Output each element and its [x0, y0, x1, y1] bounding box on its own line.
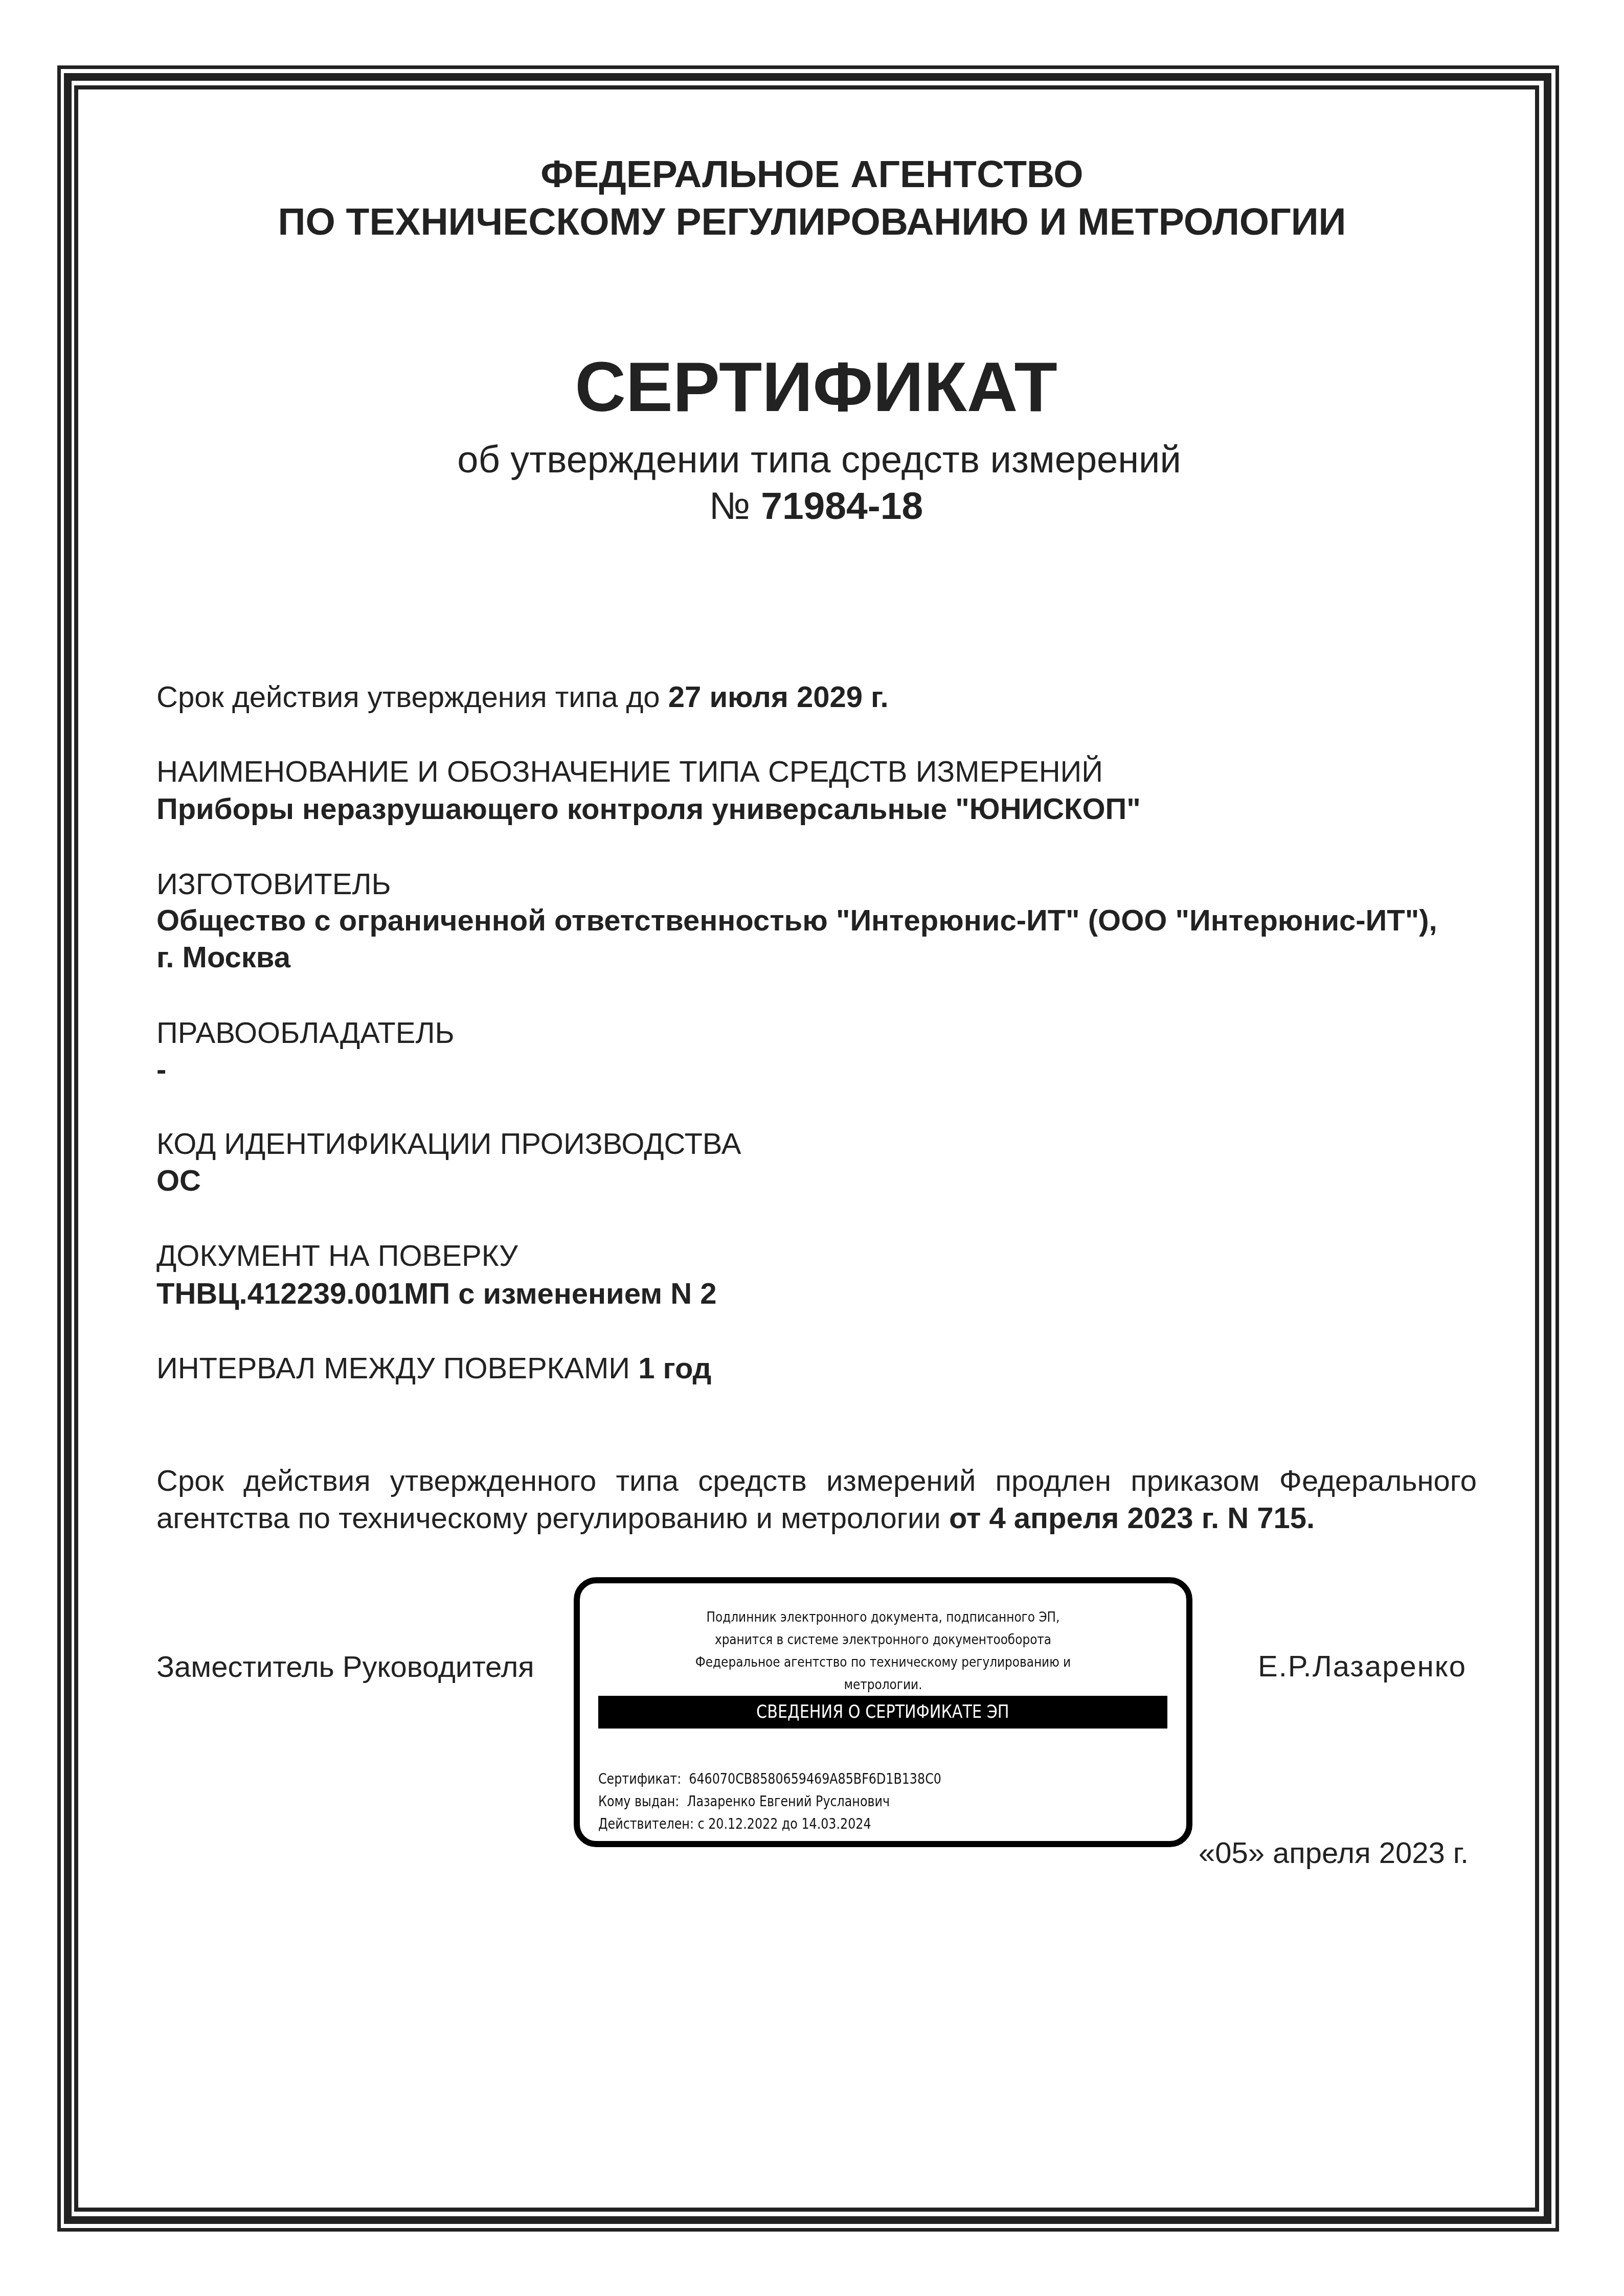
certificate-subtitle: об утверждении типа средств измерений [7, 441, 1624, 479]
production-code-label: КОД ИДЕНТИФИКАЦИИ ПРОИЗВОДСТВА [156, 1129, 741, 1159]
stamp-valid-row: Действителен: с 20.12.2022 до 14.03.2024 [598, 1812, 941, 1835]
stamp-issued-to-row: Кому выдан: Лазаренко Евгений Русланович [598, 1790, 941, 1812]
certificate-label: Сертификат: [598, 1770, 681, 1787]
signatory-name: Е.Р.Лазаренко [1258, 1652, 1467, 1681]
extension-order: от 4 апреля 2023 г. N 715. [949, 1502, 1315, 1535]
interval-value: 1 год [638, 1352, 711, 1385]
stamp-notice-line2: хранится в системе электронного документ… [622, 1629, 1144, 1651]
production-code-value: ОС [156, 1166, 201, 1196]
stamp-title-bar: СВЕДЕНИЯ О СЕРТИФИКАТЕ ЭП [598, 1696, 1167, 1729]
issued-to-label: Кому выдан: [598, 1792, 679, 1810]
name-label: НАИМЕНОВАНИЕ И ОБОЗНАЧЕНИЕ ТИПА СРЕДСТВ … [156, 757, 1103, 787]
validity-label: Срок действия утверждения типа до [156, 680, 660, 714]
stamp-title: СВЕДЕНИЯ О СЕРТИФИКАТЕ ЭП [756, 1696, 1009, 1729]
validity-date: 27 июля 2029 г. [668, 680, 889, 714]
valid-value: с 20.12.2022 до 14.03.2024 [697, 1815, 871, 1832]
stamp-notice-line1: Подлинник электронного документа, подпис… [622, 1606, 1144, 1629]
stamp-notice-line4: метрологии. [622, 1674, 1144, 1696]
signatory-position: Заместитель Руководителя [156, 1652, 534, 1682]
name-value: Приборы неразрушающего контроля универса… [156, 794, 1141, 824]
stamp-notice: Подлинник электронного документа, подпис… [622, 1606, 1144, 1696]
number-value: 71984-18 [761, 484, 923, 527]
rights-holder-label: ПРАВООБЛАДАТЕЛЬ [156, 1018, 455, 1048]
e-signature-stamp: Подлинник электронного документа, подпис… [574, 1577, 1192, 1847]
certificate-serial: 646070CB8580659469A85BF6D1B138C0 [689, 1770, 941, 1787]
extension-paragraph: Срок действия утвержденного типа средств… [156, 1462, 1477, 1537]
certificate-number: № 71984-18 [4, 487, 1624, 525]
verification-doc-label: ДОКУМЕНТ НА ПОВЕРКУ [156, 1241, 518, 1271]
interval-line: ИНТЕРВАЛ МЕЖДУ ПОВЕРКАМИ 1 год [156, 1354, 711, 1383]
agency-name-line1: ФЕДЕРАЛЬНОЕ АГЕНТСТВО [0, 155, 1624, 193]
stamp-certificate-row: Сертификат: 646070CB8580659469A85BF6D1B1… [598, 1767, 941, 1790]
certificate-title: СЕРТИФИКАТ [4, 352, 1624, 422]
manufacturer-value-line2: г. Москва [156, 943, 290, 972]
rights-holder-value: - [156, 1055, 166, 1085]
manufacturer-value-line1: Общество с ограниченной ответственностью… [156, 906, 1437, 936]
valid-label: Действителен: [598, 1815, 694, 1832]
stamp-certificate-info: Сертификат: 646070CB8580659469A85BF6D1B1… [598, 1767, 941, 1835]
manufacturer-label: ИЗГОТОВИТЕЛЬ [156, 870, 391, 899]
signature-date: «05» апреля 2023 г. [1199, 1838, 1469, 1868]
validity-line: Срок действия утверждения типа до 27 июл… [156, 683, 889, 712]
interval-label: ИНТЕРВАЛ МЕЖДУ ПОВЕРКАМИ [156, 1352, 630, 1385]
verification-doc-value: ТНВЦ.412239.001МП с изменением N 2 [156, 1279, 717, 1309]
number-sign: № [709, 484, 750, 527]
issued-to-value: Лазаренко Евгений Русланович [687, 1792, 889, 1810]
stamp-notice-line3: Федеральное агентство по техническому ре… [622, 1651, 1144, 1674]
agency-name-line2: ПО ТЕХНИЧЕСКОМУ РЕГУЛИРОВАНИЮ И МЕТРОЛОГ… [0, 202, 1624, 241]
